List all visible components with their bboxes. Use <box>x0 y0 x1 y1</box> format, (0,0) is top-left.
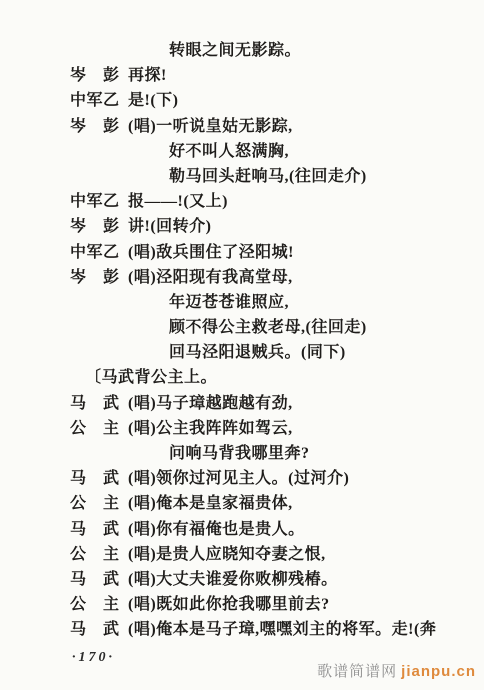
script-line: 公 主(唱)既如此你抢我哪里前去? <box>0 592 484 617</box>
page-number: ·170· <box>72 650 115 666</box>
speaker-label: 岑 彭 <box>70 214 128 239</box>
speaker-label: 马 武 <box>70 617 128 642</box>
speaker-label: 马 武 <box>70 517 128 542</box>
line-text: 报——!(又上) <box>128 193 228 210</box>
script-line: 转眼之间无影踪。 <box>0 38 484 63</box>
script-line: 马 武(唱)俺本是马子璋,嘿嘿刘主的将军。走!(奔 <box>0 617 484 642</box>
line-text: (唱)大丈夫谁爱你败柳残椿。 <box>128 571 338 588</box>
line-text: (唱)俺本是皇家福贵体, <box>128 495 293 512</box>
stage-direction: 〔马武背公主上。 <box>0 365 484 390</box>
speaker-label: 公 主 <box>70 592 128 617</box>
book-page: 转眼之间无影踪。 岑 彭再探! 中军乙是!(下) 岑 彭(唱)一听说皇姑无影踪,… <box>0 0 484 690</box>
line-text: 回马泾阳退贼兵。(同下) <box>169 344 346 361</box>
watermark: 歌谱简谱网jianpu.cn <box>317 660 476 681</box>
script-line: 公 主(唱)是贵人应晓知夺妻之恨, <box>0 542 484 567</box>
line-text: (唱)是贵人应晓知夺妻之恨, <box>128 546 326 563</box>
script-line: 年迈苍苍谁照应, <box>0 290 484 315</box>
line-text: (唱)泾阳现有我高堂母, <box>128 269 293 286</box>
script-line: 回马泾阳退贼兵。(同下) <box>0 340 484 365</box>
line-text: 是!(下) <box>128 92 179 109</box>
watermark-site-name: 歌谱简谱网 <box>317 663 397 680</box>
line-text: (唱)马子璋越跑越有劲, <box>128 395 293 412</box>
script-line: 公 主(唱)公主我阵阵如驾云, <box>0 416 484 441</box>
line-text: 讲!(回转介) <box>128 218 212 235</box>
line-text: 年迈苍苍谁照应, <box>169 294 289 311</box>
script-line: 勒马回头赶响马,(往回走介) <box>0 164 484 189</box>
line-text: 问响马背我哪里奔? <box>169 445 310 462</box>
script-line: 顾不得公主救老母,(往回走) <box>0 315 484 340</box>
line-text: 转眼之间无影踪。 <box>169 42 301 59</box>
script-line: 中军乙(唱)敌兵围住了泾阳城! <box>0 240 484 265</box>
line-text: (唱)敌兵围住了泾阳城! <box>128 244 294 261</box>
speaker-label: 岑 彭 <box>70 114 128 139</box>
speaker-label: 马 武 <box>70 567 128 592</box>
speaker-label: 公 主 <box>70 416 128 441</box>
script-line: 马 武(唱)大丈夫谁爱你败柳残椿。 <box>0 567 484 592</box>
line-text: (唱)你有福俺也是贵人。 <box>128 521 305 538</box>
script-line: 岑 彭再探! <box>0 63 484 88</box>
line-text: (唱)公主我阵阵如驾云, <box>128 420 293 437</box>
script-line: 岑 彭讲!(回转介) <box>0 214 484 239</box>
line-text: (唱)俺本是马子璋,嘿嘿刘主的将军。走!(奔 <box>128 621 436 638</box>
line-text: (唱)一听说皇姑无影踪, <box>128 118 293 135</box>
line-text: 再探! <box>128 67 167 84</box>
line-text: 〔马武背公主上。 <box>85 369 217 386</box>
line-text: 勒马回头赶响马,(往回走介) <box>169 168 367 185</box>
script-line: 问响马背我哪里奔? <box>0 441 484 466</box>
speaker-label: 中军乙 <box>70 240 128 265</box>
script-text-block: 转眼之间无影踪。 岑 彭再探! 中军乙是!(下) 岑 彭(唱)一听说皇姑无影踪,… <box>0 38 484 643</box>
speaker-label: 中军乙 <box>70 88 128 113</box>
script-line: 马 武(唱)领你过河见主人。(过河介) <box>0 466 484 491</box>
script-line: 岑 彭(唱)泾阳现有我高堂母, <box>0 265 484 290</box>
speaker-label: 岑 彭 <box>70 63 128 88</box>
script-line: 岑 彭(唱)一听说皇姑无影踪, <box>0 114 484 139</box>
script-line: 公 主(唱)俺本是皇家福贵体, <box>0 491 484 516</box>
speaker-label: 公 主 <box>70 491 128 516</box>
script-line: 中军乙是!(下) <box>0 88 484 113</box>
speaker-label: 公 主 <box>70 542 128 567</box>
script-line: 好不叫人怒满胸, <box>0 139 484 164</box>
line-text: 顾不得公主救老母,(往回走) <box>169 319 367 336</box>
script-line: 马 武(唱)马子璋越跑越有劲, <box>0 391 484 416</box>
speaker-label: 马 武 <box>70 466 128 491</box>
speaker-label: 马 武 <box>70 391 128 416</box>
line-text: 好不叫人怒满胸, <box>169 143 289 160</box>
speaker-label: 中军乙 <box>70 189 128 214</box>
script-line: 马 武(唱)你有福俺也是贵人。 <box>0 517 484 542</box>
watermark-site-url: jianpu.cn <box>401 663 476 680</box>
line-text: (唱)既如此你抢我哪里前去? <box>128 596 330 613</box>
line-text: (唱)领你过河见主人。(过河介) <box>128 470 349 487</box>
speaker-label: 岑 彭 <box>70 265 128 290</box>
script-line: 中军乙报——!(又上) <box>0 189 484 214</box>
